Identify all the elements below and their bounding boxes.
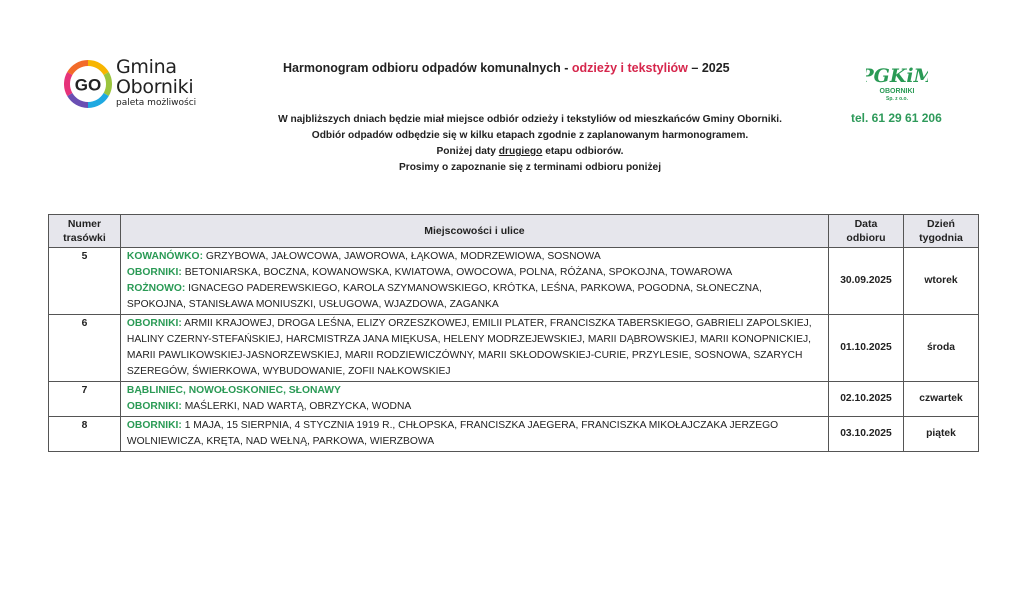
col-header-places: Miejscowości i ulice — [120, 215, 828, 248]
pickup-date: 03.10.2025 — [828, 417, 903, 452]
route-number: 8 — [49, 417, 121, 452]
intro-text: W najbliższych dniach będzie miał miejsc… — [230, 112, 830, 176]
place-name: OBORNIKI: — [127, 267, 182, 278]
place-name: ROŻNOWO: — [127, 283, 185, 294]
places-and-streets: OBORNIKI: ARMII KRAJOWEJ, DROGA LEŚNA, E… — [120, 315, 828, 382]
places-and-streets: OBORNIKI: 1 MAJA, 15 SIERPNIA, 4 STYCZNI… — [120, 417, 828, 452]
col-header-route-line2: trasówki — [63, 232, 106, 244]
phone-number: tel. 61 29 61 206 — [851, 111, 942, 125]
pickup-date: 01.10.2025 — [828, 315, 903, 382]
pickup-date: 30.09.2025 — [828, 248, 903, 315]
intro-line-4: Prosimy o zapoznanie się z terminami odb… — [230, 160, 830, 176]
table-row: 6OBORNIKI: ARMII KRAJOWEJ, DROGA LEŚNA, … — [49, 315, 979, 382]
pgkim-logo-icon: PGKiM OBORNIKI Sp. z o.o. — [866, 58, 928, 106]
intro-line-2: Odbiór odpadów odbędzie się w kilku etap… — [230, 128, 830, 144]
gmina-go-logo-icon: GO — [64, 60, 112, 108]
street-list: BETONIARSKA, BOCZNA, KOWANOWSKA, KWIATOW… — [182, 267, 732, 278]
places-and-streets: BĄBLINIEC, NOWOŁOSKONIEC, SŁONAWYOBORNIK… — [120, 382, 828, 417]
gmina-tagline: paleta możliwości — [116, 99, 196, 108]
table-row: 8OBORNIKI: 1 MAJA, 15 SIERPNIA, 4 STYCZN… — [49, 417, 979, 452]
street-list: ARMII KRAJOWEJ, DROGA LEŚNA, ELIZY ORZES… — [127, 318, 812, 377]
intro-line-1: W najbliższych dniach będzie miał miejsc… — [230, 112, 830, 128]
place-name: OBORNIKI: — [127, 318, 182, 329]
place-name: OBORNIKI: — [127, 401, 182, 412]
svg-text:PGKiM: PGKiM — [866, 65, 928, 87]
place-segment: KOWANÓWKO: GRZYBOWA, JAŁOWCOWA, JAWOROWA… — [127, 249, 822, 265]
place-segment: ROŻNOWO: IGNACEGO PADEREWSKIEGO, KAROLA … — [127, 281, 822, 313]
street-list: IGNACEGO PADEREWSKIEGO, KAROLA SZYMANOWS… — [127, 283, 762, 310]
weekday: czwartek — [903, 382, 978, 417]
gmina-name-line2: Oborniki — [116, 78, 196, 97]
table-row: 7BĄBLINIEC, NOWOŁOSKONIEC, SŁONAWYOBORNI… — [49, 382, 979, 417]
place-name: BĄBLINIEC, NOWOŁOSKONIEC, SŁONAWY — [127, 385, 341, 396]
weekday: środa — [903, 315, 978, 382]
schedule-table: Numertrasówki Miejscowości i ulice Datao… — [48, 214, 979, 452]
gmina-logo-text: Gmina Oborniki paleta możliwości — [116, 58, 196, 108]
gmina-name-line1: Gmina — [116, 58, 196, 77]
place-segment: OBORNIKI: 1 MAJA, 15 SIERPNIA, 4 STYCZNI… — [127, 418, 822, 450]
places-and-streets: KOWANÓWKO: GRZYBOWA, JAŁOWCOWA, JAWOROWA… — [120, 248, 828, 315]
svg-text:OBORNIKI: OBORNIKI — [880, 88, 915, 95]
route-number: 5 — [49, 248, 121, 315]
intro-line-3-underlined: drugiego — [499, 146, 543, 157]
col-header-day: Dzieńtygodnia — [903, 215, 978, 248]
title-prefix: Harmonogram odbioru odpadów komunalnych … — [283, 61, 572, 75]
intro-line-3-end: etapu odbiorów. — [542, 146, 623, 157]
col-header-date-line1: Data — [855, 218, 878, 230]
table-header-row: Numertrasówki Miejscowości i ulice Datao… — [49, 215, 979, 248]
weekday: piątek — [903, 417, 978, 452]
intro-line-3: Poniżej daty drugiego etapu odbiorów. — [230, 144, 830, 160]
title-suffix: – 2025 — [688, 61, 730, 75]
place-name: OBORNIKI: — [127, 420, 182, 431]
place-segment: BĄBLINIEC, NOWOŁOSKONIEC, SŁONAWY — [127, 383, 822, 399]
place-segment: OBORNIKI: BETONIARSKA, BOCZNA, KOWANOWSK… — [127, 265, 822, 281]
street-list: GRZYBOWA, JAŁOWCOWA, JAWOROWA, ŁĄKOWA, M… — [203, 251, 601, 262]
route-number: 6 — [49, 315, 121, 382]
street-list: 1 MAJA, 15 SIERPNIA, 4 STYCZNIA 1919 R.,… — [127, 420, 778, 447]
intro-line-3-start: Poniżej daty — [437, 146, 499, 157]
weekday: wtorek — [903, 248, 978, 315]
pickup-date: 02.10.2025 — [828, 382, 903, 417]
col-header-day-line1: Dzień — [927, 218, 955, 230]
svg-text:GO: GO — [75, 76, 101, 95]
col-header-route-line1: Numer — [68, 218, 101, 230]
col-header-day-line2: tygodnia — [919, 232, 963, 244]
place-segment: OBORNIKI: ARMII KRAJOWEJ, DROGA LEŚNA, E… — [127, 316, 822, 380]
page-title: Harmonogram odbioru odpadów komunalnych … — [283, 61, 730, 75]
route-number: 7 — [49, 382, 121, 417]
place-name: KOWANÓWKO: — [127, 251, 203, 262]
place-segment: OBORNIKI: MAŚLERKI, NAD WARTĄ, OBRZYCKA,… — [127, 399, 822, 415]
col-header-route: Numertrasówki — [49, 215, 121, 248]
col-header-date: Dataodbioru — [828, 215, 903, 248]
title-accent: odzieży i tekstyliów — [572, 61, 688, 75]
table-row: 5KOWANÓWKO: GRZYBOWA, JAŁOWCOWA, JAWOROW… — [49, 248, 979, 315]
street-list: MAŚLERKI, NAD WARTĄ, OBRZYCKA, WODNA — [182, 401, 411, 412]
col-header-date-line2: odbioru — [846, 232, 885, 244]
svg-text:Sp. z o.o.: Sp. z o.o. — [886, 96, 909, 102]
